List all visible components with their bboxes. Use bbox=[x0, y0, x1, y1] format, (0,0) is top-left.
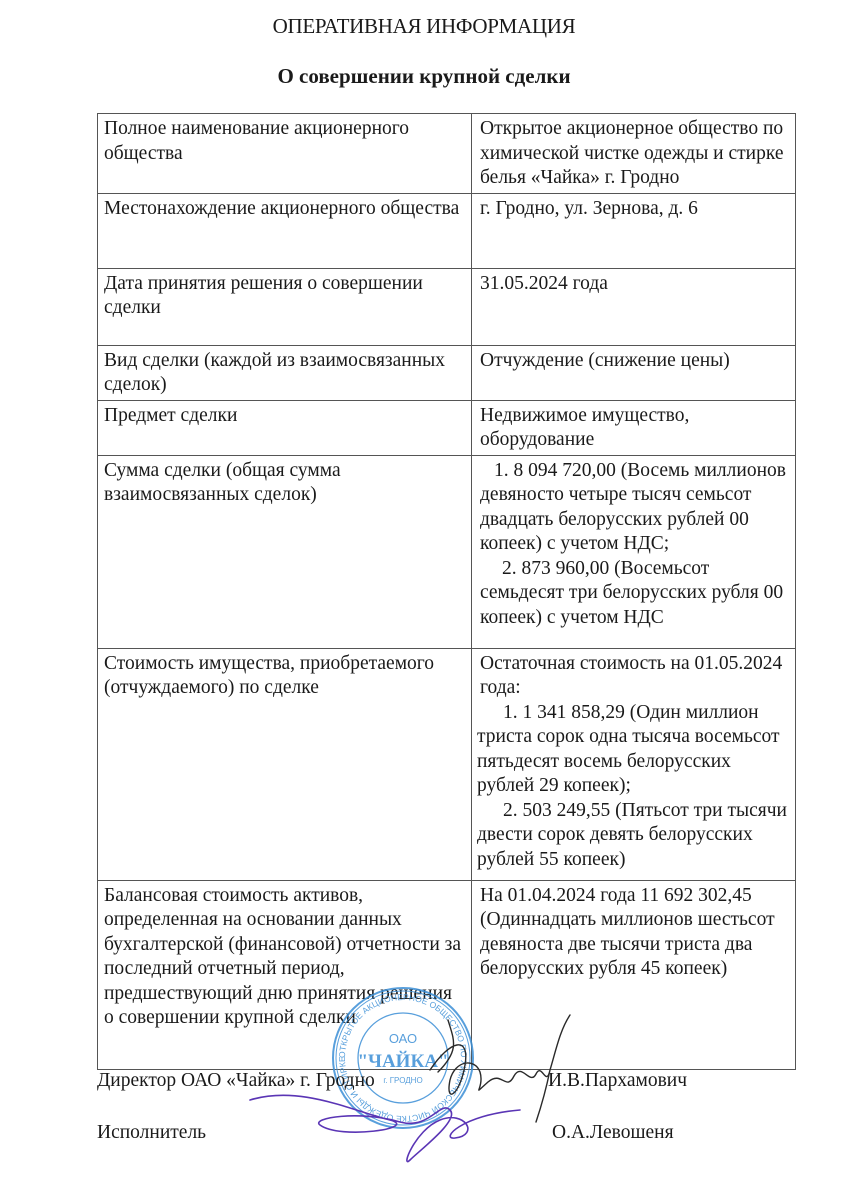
row-value: Недвижимое имущество, оборудование bbox=[472, 400, 796, 455]
executor-signature bbox=[240, 1080, 540, 1170]
document-subtitle: О совершении крупной сделки bbox=[0, 64, 848, 89]
table-row: Полное наименование акционерного обществ… bbox=[98, 114, 796, 194]
row-value: Отчуждение (снижение цены) bbox=[472, 345, 796, 400]
row-label: Дата принятия решения о совершении сделк… bbox=[98, 268, 472, 345]
row-label: Предмет сделки bbox=[98, 400, 472, 455]
row-value: Открытое акционерное общество по химичес… bbox=[472, 114, 796, 194]
info-table: Полное наименование акционерного обществ… bbox=[97, 113, 796, 1070]
row-label: Местонахождение акционерного общества bbox=[98, 193, 472, 268]
table-row: Местонахождение акционерного общества г.… bbox=[98, 193, 796, 268]
row-value: Остаточная стоимость на 01.05.2024 года:… bbox=[472, 648, 796, 880]
table-row: Сумма сделки (общая сумма взаимосвязанны… bbox=[98, 455, 796, 648]
executor-title: Исполнитель bbox=[97, 1122, 206, 1144]
table-row: Вид сделки (каждой из взаимосвязанных сд… bbox=[98, 345, 796, 400]
table-row: Дата принятия решения о совершении сделк… bbox=[98, 268, 796, 345]
row-label: Сумма сделки (общая сумма взаимосвязанны… bbox=[98, 455, 472, 648]
table-row: Предмет сделки Недвижимое имущество, обо… bbox=[98, 400, 796, 455]
table-row: Стоимость имущества, приобретаемого (отч… bbox=[98, 648, 796, 880]
document-title: ОПЕРАТИВНАЯ ИНФОРМАЦИЯ bbox=[0, 14, 848, 39]
row-value: 31.05.2024 года bbox=[472, 268, 796, 345]
row-value: 1. 8 094 720,00 (Восемь миллионов девяно… bbox=[472, 455, 796, 648]
row-label: Полное наименование акционерного обществ… bbox=[98, 114, 472, 194]
row-label: Вид сделки (каждой из взаимосвязанных сд… bbox=[98, 345, 472, 400]
row-label: Стоимость имущества, приобретаемого (отч… bbox=[98, 648, 472, 880]
value-item-2: 2. 503 249,55 (Пятьсот три тысячи двести… bbox=[477, 799, 790, 873]
amount-item-1: 1. 8 094 720,00 (Восемь миллионов девяно… bbox=[480, 459, 790, 557]
row-value: г. Гродно, ул. Зернова, д. 6 bbox=[472, 193, 796, 268]
value-item-1: 1. 1 341 858,29 (Один миллион триста сор… bbox=[477, 701, 790, 799]
value-intro: Остаточная стоимость на 01.05.2024 года: bbox=[477, 652, 790, 701]
amount-item-2: 2. 873 960,00 (Восемьсот семьдесят три б… bbox=[480, 557, 790, 631]
